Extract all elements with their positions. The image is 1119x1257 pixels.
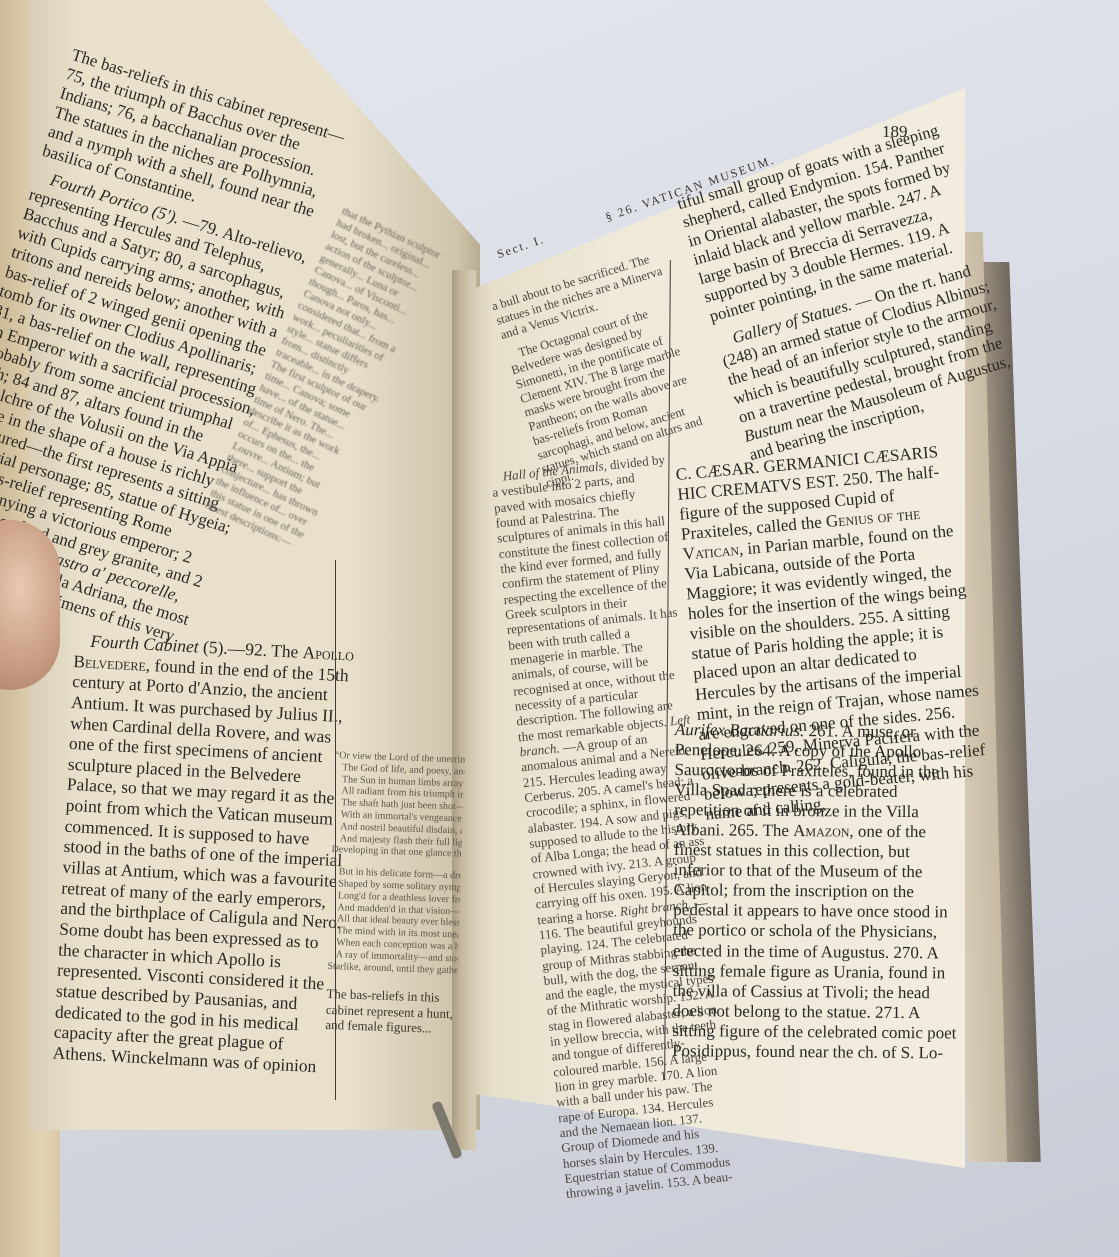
- byron-poem: “Or view the Lord of the unerring bow, T…: [325, 750, 465, 1037]
- gallery-text-f: one of the finest statues in this collec…: [672, 822, 957, 1062]
- right-page-right-column-lower: Aurifex Bactiarius. 261. A muse, or Pene…: [672, 720, 960, 1063]
- hand-thumb: [0, 520, 60, 690]
- left-page-main-column-lower: Fourth Cabinet (5).—92. The Apollo Belve…: [52, 630, 359, 1078]
- aurifex-italic: Aurifex Bactiarius.: [675, 720, 805, 740]
- hall-of-animals-text: divided by a vestibule into 2 parts, and…: [492, 452, 679, 744]
- after-poem-text: The bas-reliefs in this cabinet represen…: [325, 986, 457, 1036]
- photo-scene: The bas-reliefs in this cabinet represen…: [0, 0, 1119, 1257]
- amazon-name: Amazon,: [793, 821, 854, 841]
- apollo-description: found in the end of the 15th century at …: [52, 655, 349, 1076]
- section-label: Sect. I.: [495, 232, 547, 261]
